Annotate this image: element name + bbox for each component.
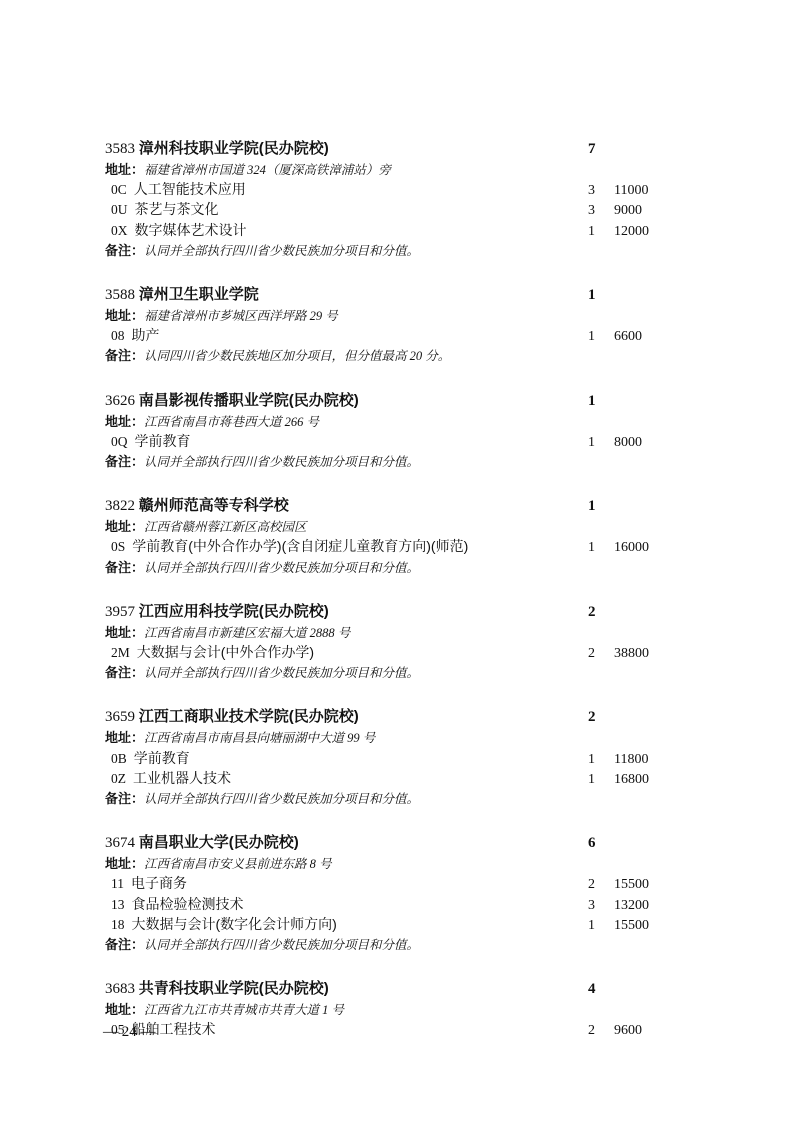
school-block: 3659 江西工商职业技术学院(民办院校) 2 地址：江西省南昌市南昌县向塘丽湖… (105, 706, 662, 809)
major-rows: 05船舶工程技术 2 9600 (105, 1020, 662, 1040)
school-title-row: 3822 赣州师范高等专科学校 1 (105, 495, 662, 517)
address-text: 江西省赣州蓉江新区高校园区 (144, 520, 307, 534)
school-title: 3683 共青科技职业学院(民办院校) (105, 978, 588, 1000)
address-text: 江西省南昌市安义县前进东路 8 号 (144, 857, 332, 871)
major-row: 0Q学前教育 1 8000 (105, 432, 662, 452)
major-count: 2 (588, 875, 614, 894)
remark-label: 备注： (105, 560, 144, 575)
major-code: 0C (111, 182, 127, 197)
address-label: 地址： (105, 414, 144, 429)
major-count: 2 (588, 644, 614, 663)
school-code: 3822 (105, 498, 139, 514)
school-block: 3957 江西应用科技学院(民办院校) 2 地址：江西省南昌市新建区宏福大道 2… (105, 601, 662, 684)
remark-row: 备注：认同并全部执行四川省少数民族加分项目和分值。 (105, 663, 662, 683)
address-row: 地址：江西省南昌市安义县前进东路 8 号 (105, 854, 662, 874)
school-name: 南昌职业大学(民办院校) (139, 834, 299, 851)
major-count: 3 (588, 201, 614, 220)
remark-row: 备注：认同四川省少数民族地区加分项目，但分值最高 20 分。 (105, 346, 662, 366)
major-tuition: 8000 (614, 433, 662, 452)
school-total: 1 (588, 285, 614, 306)
major-rows: 08助产 1 6600 (105, 326, 662, 346)
school-title-row: 3588 漳州卫生职业学院 1 (105, 284, 662, 306)
school-title: 3659 江西工商职业技术学院(民办院校) (105, 706, 588, 728)
school-name: 共青科技职业学院(民办院校) (139, 980, 329, 997)
major-name: 工业机器人技术 (133, 770, 231, 786)
address-label: 地址： (105, 162, 144, 177)
address-label: 地址： (105, 1002, 144, 1017)
major-name: 茶艺与茶文化 (135, 201, 219, 217)
major-count: 1 (588, 916, 614, 935)
major-count: 1 (588, 327, 614, 346)
school-name: 江西工商职业技术学院(民办院校) (139, 708, 359, 725)
major-row: 11电子商务 2 15500 (105, 874, 662, 894)
remark-text: 认同四川省少数民族地区加分项目，但分值最高 20 分。 (144, 349, 450, 363)
major-count: 1 (588, 770, 614, 789)
remark-row: 备注：认同并全部执行四川省少数民族加分项目和分值。 (105, 452, 662, 472)
major-tuition: 9600 (614, 1021, 662, 1040)
major-name: 人工智能技术应用 (134, 181, 246, 197)
major-name: 数字媒体艺术设计 (135, 222, 247, 238)
address-label: 地址： (105, 856, 144, 871)
major-count: 1 (588, 433, 614, 452)
remark-label: 备注： (105, 454, 144, 469)
major-count: 1 (588, 222, 614, 241)
address-label: 地址： (105, 519, 144, 534)
address-text: 江西省南昌市新建区宏福大道 2888 号 (144, 626, 350, 640)
school-total: 2 (588, 602, 614, 623)
school-block: 3822 赣州师范高等专科学校 1 地址：江西省赣州蓉江新区高校园区 0S学前教… (105, 495, 662, 578)
major-row: 08助产 1 6600 (105, 326, 662, 346)
school-code: 3588 (105, 287, 139, 303)
major-row: 0S学前教育(中外合作办学)(含自闭症儿童教育方向)(师范) 1 16000 (105, 537, 662, 557)
school-title: 3957 江西应用科技学院(民办院校) (105, 601, 588, 623)
address-row: 地址：福建省漳州市芗城区西洋坪路 29 号 (105, 306, 662, 326)
major-rows: 0C人工智能技术应用 3 11000 0U茶艺与茶文化 3 9000 0X数字媒… (105, 180, 662, 241)
major-count: 3 (588, 181, 614, 200)
major-row: 0B学前教育 1 11800 (105, 749, 662, 769)
address-row: 地址：福建省漳州市国道 324（厦深高铁漳浦站）旁 (105, 160, 662, 180)
major-rows: 0B学前教育 1 11800 0Z工业机器人技术 1 16800 (105, 749, 662, 789)
address-label: 地址： (105, 730, 144, 745)
major-row: 13食品检验检测技术 3 13200 (105, 895, 662, 915)
major-row: 05船舶工程技术 2 9600 (105, 1020, 662, 1040)
major-tuition: 38800 (614, 644, 662, 663)
remark-text: 认同并全部执行四川省少数民族加分项目和分值。 (144, 244, 419, 258)
major-code: 0X (111, 223, 128, 238)
major-code: 2M (111, 645, 130, 660)
school-total: 1 (588, 391, 614, 412)
major-row: 0U茶艺与茶文化 3 9000 (105, 200, 662, 220)
remark-row: 备注：认同并全部执行四川省少数民族加分项目和分值。 (105, 558, 662, 578)
address-row: 地址：江西省赣州蓉江新区高校园区 (105, 517, 662, 537)
remark-text: 认同并全部执行四川省少数民族加分项目和分值。 (144, 938, 419, 952)
major-row: 2M大数据与会计(中外合作办学) 2 38800 (105, 643, 662, 663)
school-total: 1 (588, 496, 614, 517)
remark-label: 备注： (105, 791, 144, 806)
major-name: 电子商务 (131, 875, 187, 891)
school-total: 4 (588, 979, 614, 1000)
remark-label: 备注： (105, 937, 144, 952)
major-code: 0U (111, 202, 128, 217)
remark-label: 备注： (105, 243, 144, 258)
school-code: 3683 (105, 981, 139, 997)
major-tuition: 13200 (614, 896, 662, 915)
document-page: 3583 漳州科技职业学院(民办院校) 7 地址：福建省漳州市国道 324（厦深… (105, 138, 662, 1064)
remark-label: 备注： (105, 348, 144, 363)
school-title: 3626 南昌影视传播职业学院(民办院校) (105, 390, 588, 412)
school-block: 3583 漳州科技职业学院(民办院校) 7 地址：福建省漳州市国道 324（厦深… (105, 138, 662, 261)
major-code: 0Z (111, 771, 126, 786)
major-name: 食品检验检测技术 (132, 896, 244, 912)
major-name: 大数据与会计(数字化会计师方向) (132, 916, 337, 932)
school-name: 赣州师范高等专科学校 (139, 497, 289, 514)
school-title: 3588 漳州卫生职业学院 (105, 284, 588, 306)
major-name: 学前教育 (134, 750, 190, 766)
major-count: 1 (588, 750, 614, 769)
school-title: 3674 南昌职业大学(民办院校) (105, 832, 588, 854)
school-code: 3957 (105, 604, 139, 620)
address-text: 江西省南昌市蒋巷西大道 266 号 (144, 415, 319, 429)
address-row: 地址：江西省九江市共青城市共青大道 1 号 (105, 1000, 662, 1020)
school-code: 3583 (105, 141, 139, 157)
major-row: 0X数字媒体艺术设计 1 12000 (105, 221, 662, 241)
school-title: 3583 漳州科技职业学院(民办院校) (105, 138, 588, 160)
major-code: 13 (111, 897, 125, 912)
major-tuition: 16800 (614, 770, 662, 789)
major-code: 0Q (111, 434, 128, 449)
school-list: 3583 漳州科技职业学院(民办院校) 7 地址：福建省漳州市国道 324（厦深… (105, 138, 662, 1041)
major-count: 1 (588, 538, 614, 557)
school-total: 6 (588, 833, 614, 854)
address-text: 福建省漳州市芗城区西洋坪路 29 号 (144, 309, 338, 323)
major-row: 0C人工智能技术应用 3 11000 (105, 180, 662, 200)
school-code: 3659 (105, 709, 139, 725)
major-tuition: 11000 (614, 181, 662, 200)
remark-text: 认同并全部执行四川省少数民族加分项目和分值。 (144, 561, 419, 575)
address-text: 江西省南昌市南昌县向塘丽湖中大道 99 号 (144, 731, 375, 745)
school-block: 3626 南昌影视传播职业学院(民办院校) 1 地址：江西省南昌市蒋巷西大道 2… (105, 390, 662, 473)
school-title-row: 3626 南昌影视传播职业学院(民办院校) 1 (105, 390, 662, 412)
address-row: 地址：江西省南昌市蒋巷西大道 266 号 (105, 412, 662, 432)
major-rows: 0Q学前教育 1 8000 (105, 432, 662, 452)
remark-row: 备注：认同并全部执行四川省少数民族加分项目和分值。 (105, 241, 662, 261)
major-rows: 0S学前教育(中外合作办学)(含自闭症儿童教育方向)(师范) 1 16000 (105, 537, 662, 557)
major-code: 0B (111, 751, 127, 766)
address-text: 福建省漳州市国道 324（厦深高铁漳浦站）旁 (144, 163, 391, 177)
school-title-row: 3659 江西工商职业技术学院(民办院校) 2 (105, 706, 662, 728)
address-label: 地址： (105, 625, 144, 640)
school-block: 3588 漳州卫生职业学院 1 地址：福建省漳州市芗城区西洋坪路 29 号 08… (105, 284, 662, 367)
remark-text: 认同并全部执行四川省少数民族加分项目和分值。 (144, 792, 419, 806)
school-block: 3674 南昌职业大学(民办院校) 6 地址：江西省南昌市安义县前进东路 8 号… (105, 832, 662, 955)
school-code: 3626 (105, 393, 139, 409)
school-name: 漳州科技职业学院(民办院校) (139, 140, 329, 157)
school-total: 2 (588, 707, 614, 728)
school-title-row: 3957 江西应用科技学院(民办院校) 2 (105, 601, 662, 623)
major-code: 08 (111, 328, 125, 343)
major-code: 0S (111, 539, 125, 554)
major-row: 0Z工业机器人技术 1 16800 (105, 769, 662, 789)
school-title-row: 3583 漳州科技职业学院(民办院校) 7 (105, 138, 662, 160)
major-name: 学前教育(中外合作办学)(含自闭症儿童教育方向)(师范) (132, 538, 468, 554)
school-name: 南昌影视传播职业学院(民办院校) (139, 392, 359, 409)
address-text: 江西省九江市共青城市共青大道 1 号 (144, 1003, 344, 1017)
major-tuition: 11800 (614, 750, 662, 769)
major-tuition: 12000 (614, 222, 662, 241)
school-name: 漳州卫生职业学院 (139, 286, 259, 303)
school-name: 江西应用科技学院(民办院校) (139, 603, 329, 620)
major-rows: 11电子商务 2 15500 13食品检验检测技术 3 13200 18大数据与… (105, 874, 662, 935)
major-tuition: 15500 (614, 875, 662, 894)
page-number: — 24 — (103, 1024, 156, 1041)
school-title-row: 3674 南昌职业大学(民办院校) 6 (105, 832, 662, 854)
school-code: 3674 (105, 835, 139, 851)
major-tuition: 6600 (614, 327, 662, 346)
major-name: 大数据与会计(中外合作办学) (137, 644, 314, 660)
address-row: 地址：江西省南昌市南昌县向塘丽湖中大道 99 号 (105, 728, 662, 748)
major-code: 18 (111, 917, 125, 932)
remark-label: 备注： (105, 665, 144, 680)
major-count: 2 (588, 1021, 614, 1040)
remark-row: 备注：认同并全部执行四川省少数民族加分项目和分值。 (105, 789, 662, 809)
remark-text: 认同并全部执行四川省少数民族加分项目和分值。 (144, 455, 419, 469)
address-row: 地址：江西省南昌市新建区宏福大道 2888 号 (105, 623, 662, 643)
remark-row: 备注：认同并全部执行四川省少数民族加分项目和分值。 (105, 935, 662, 955)
major-code: 11 (111, 876, 124, 891)
major-name: 学前教育 (135, 433, 191, 449)
major-tuition: 16000 (614, 538, 662, 557)
school-block: 3683 共青科技职业学院(民办院校) 4 地址：江西省九江市共青城市共青大道 … (105, 978, 662, 1040)
remark-text: 认同并全部执行四川省少数民族加分项目和分值。 (144, 666, 419, 680)
major-tuition: 15500 (614, 916, 662, 935)
major-rows: 2M大数据与会计(中外合作办学) 2 38800 (105, 643, 662, 663)
school-title-row: 3683 共青科技职业学院(民办院校) 4 (105, 978, 662, 1000)
major-count: 3 (588, 896, 614, 915)
major-tuition: 9000 (614, 201, 662, 220)
address-label: 地址： (105, 308, 144, 323)
school-title: 3822 赣州师范高等专科学校 (105, 495, 588, 517)
school-total: 7 (588, 139, 614, 160)
major-name: 助产 (132, 327, 160, 343)
major-row: 18大数据与会计(数字化会计师方向) 1 15500 (105, 915, 662, 935)
